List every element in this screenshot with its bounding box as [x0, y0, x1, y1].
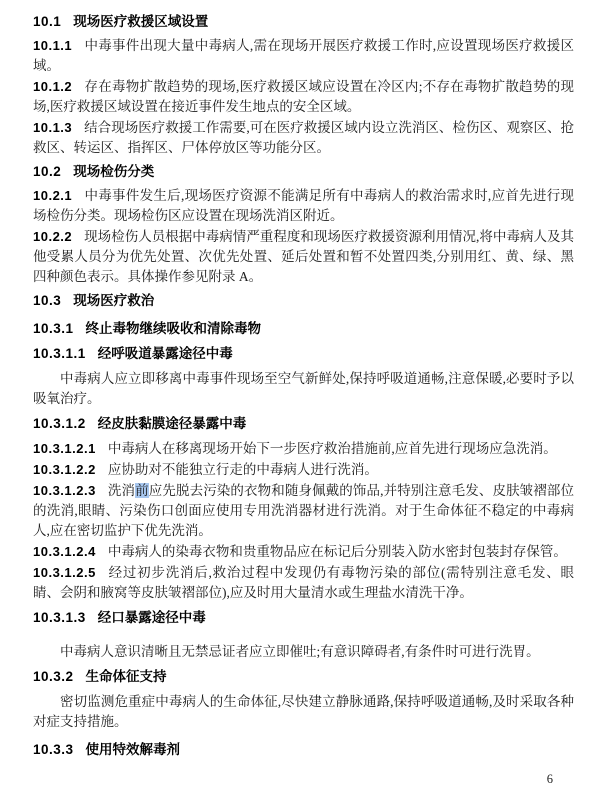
- section-number: 10.3.1.3: [33, 610, 86, 625]
- section-heading-10-3-1-1: 10.3.1.1经呼吸道暴露途径中毒: [33, 344, 574, 364]
- clause-text-before-highlight: 洗消: [108, 483, 135, 498]
- clause-text: 中毒事件发生后,现场医疗资源不能满足所有中毒病人的救治需求时,应首先进行现场检伤…: [33, 188, 574, 223]
- clause-number: 10.3.1.2.1: [33, 441, 96, 456]
- clause-number: 10.3.1.2.2: [33, 462, 96, 477]
- clause-10-3-1-2-4: 10.3.1.2.4中毒病人的染毒衣物和贵重物品应在标记后分别装入防水密封包装封…: [33, 542, 574, 562]
- clause-number: 10.3.1.2.3: [33, 483, 96, 498]
- clause-10-1-2: 10.1.2存在毒物扩散趋势的现场,医疗救援区域应设置在冷区内;不存在毒物扩散趋…: [33, 77, 574, 117]
- clause-text: 应协助对不能独立行走的中毒病人进行洗消。: [108, 462, 378, 477]
- section-number: 10.3.3: [33, 742, 74, 757]
- clause-10-2-2: 10.2.2现场检伤人员根据中毒病情严重程度和现场医疗救援资源利用情况,将中毒病…: [33, 227, 574, 287]
- section-heading-10-3-1-3: 10.3.1.3经口暴露途径中毒: [33, 608, 574, 628]
- section-heading-10-3-1-2: 10.3.1.2经皮肤黏膜途径暴露中毒: [33, 414, 574, 434]
- clause-10-3-1-2-5: 10.3.1.2.5经过初步洗消后,救治过程中发现仍有毒物污染的部位(需特别注意…: [33, 563, 574, 603]
- clause-text: 存在毒物扩散趋势的现场,医疗救援区域应设置在冷区内;不存在毒物扩散趋势的现场,医…: [33, 79, 574, 114]
- section-number: 10.1: [33, 14, 61, 29]
- clause-number: 10.1.3: [33, 120, 72, 135]
- clause-number: 10.3.1.2.4: [33, 544, 96, 559]
- section-number: 10.3.1.1: [33, 346, 86, 361]
- section-title: 现场医疗救援区域设置: [73, 14, 208, 29]
- clause-number: 10.2.2: [33, 229, 72, 244]
- clause-number: 10.3.1.2.5: [33, 565, 96, 580]
- clause-number: 10.2.1: [33, 188, 72, 203]
- body-paragraph: 中毒病人意识清晰且无禁忌证者应立即催吐;有意识障碍者,有条件时可进行洗胃。: [33, 642, 574, 662]
- clause-number: 10.1.1: [33, 38, 72, 53]
- section-number: 10.2: [33, 164, 61, 179]
- section-title: 经呼吸道暴露途径中毒: [98, 346, 233, 361]
- section-heading-10-1: 10.1现场医疗救援区域设置: [33, 12, 574, 32]
- section-number: 10.3.1: [33, 321, 74, 336]
- section-title: 终止毒物继续吸收和清除毒物: [86, 321, 262, 336]
- clause-10-2-1: 10.2.1中毒事件发生后,现场医疗资源不能满足所有中毒病人的救治需求时,应首先…: [33, 186, 574, 226]
- section-number: 10.3.2: [33, 669, 74, 684]
- section-heading-10-3-1: 10.3.1终止毒物继续吸收和清除毒物: [33, 319, 574, 339]
- section-title: 现场医疗救治: [73, 293, 154, 308]
- clause-10-1-1: 10.1.1中毒事件出现大量中毒病人,需在现场开展医疗救援工作时,应设置现场医疗…: [33, 36, 574, 76]
- section-title: 现场检伤分类: [73, 164, 154, 179]
- clause-number: 10.1.2: [33, 79, 72, 94]
- body-paragraph: 密切监测危重症中毒病人的生命体征,尽快建立静脉通路,保持呼吸道通畅,及时采取各种…: [33, 692, 574, 732]
- clause-text: 中毒病人的染毒衣物和贵重物品应在标记后分别装入防水密封包装封存保管。: [108, 544, 567, 559]
- clause-text: 结合现场医疗救援工作需要,可在医疗救援区域内设立洗消区、检伤区、观察区、抢救区、…: [33, 120, 574, 155]
- section-title: 经口暴露途径中毒: [98, 610, 206, 625]
- document-page: 10.1现场医疗救援区域设置 10.1.1中毒事件出现大量中毒病人,需在现场开展…: [0, 0, 607, 797]
- clause-10-3-1-2-2: 10.3.1.2.2应协助对不能独立行走的中毒病人进行洗消。: [33, 460, 574, 480]
- clause-text: 中毒事件出现大量中毒病人,需在现场开展医疗救援工作时,应设置现场医疗救援区域。: [33, 38, 574, 73]
- selection-highlight: 前: [135, 483, 149, 498]
- clause-text: 现场检伤人员根据中毒病情严重程度和现场医疗救援资源利用情况,将中毒病人及其他受累…: [33, 229, 574, 284]
- section-number: 10.3.1.2: [33, 416, 86, 431]
- body-paragraph: 中毒病人应立即移离中毒事件现场至空气新鲜处,保持呼吸道通畅,注意保暖,必要时予以…: [33, 369, 574, 409]
- section-heading-10-3-3: 10.3.3使用特效解毒剂: [33, 740, 574, 760]
- section-number: 10.3: [33, 293, 61, 308]
- clause-10-3-1-2-3: 10.3.1.2.3洗消前应先脱去污染的衣物和随身佩戴的饰品,并特别注意毛发、皮…: [33, 481, 574, 541]
- clause-10-1-3: 10.1.3结合现场医疗救援工作需要,可在医疗救援区域内设立洗消区、检伤区、观察…: [33, 118, 574, 158]
- clause-text: 经过初步洗消后,救治过程中发现仍有毒物污染的部位(需特别注意毛发、眼睛、会阴和腋…: [33, 565, 574, 600]
- section-heading-10-3-2: 10.3.2生命体征支持: [33, 667, 574, 687]
- clause-10-3-1-2-1: 10.3.1.2.1中毒病人在移离现场开始下一步医疗救治措施前,应首先进行现场应…: [33, 439, 574, 459]
- clause-text: 洗消前应先脱去污染的衣物和随身佩戴的饰品,并特别注意毛发、皮肤皱褶部位的洗消,眼…: [33, 483, 574, 538]
- section-title: 生命体征支持: [86, 669, 167, 684]
- section-heading-10-2: 10.2现场检伤分类: [33, 162, 574, 182]
- page-number: 6: [547, 772, 553, 787]
- section-title: 使用特效解毒剂: [86, 742, 181, 757]
- clause-text: 中毒病人在移离现场开始下一步医疗救治措施前,应首先进行现场应急洗消。: [108, 441, 557, 456]
- section-heading-10-3: 10.3现场医疗救治: [33, 291, 574, 311]
- section-title: 经皮肤黏膜途径暴露中毒: [98, 416, 247, 431]
